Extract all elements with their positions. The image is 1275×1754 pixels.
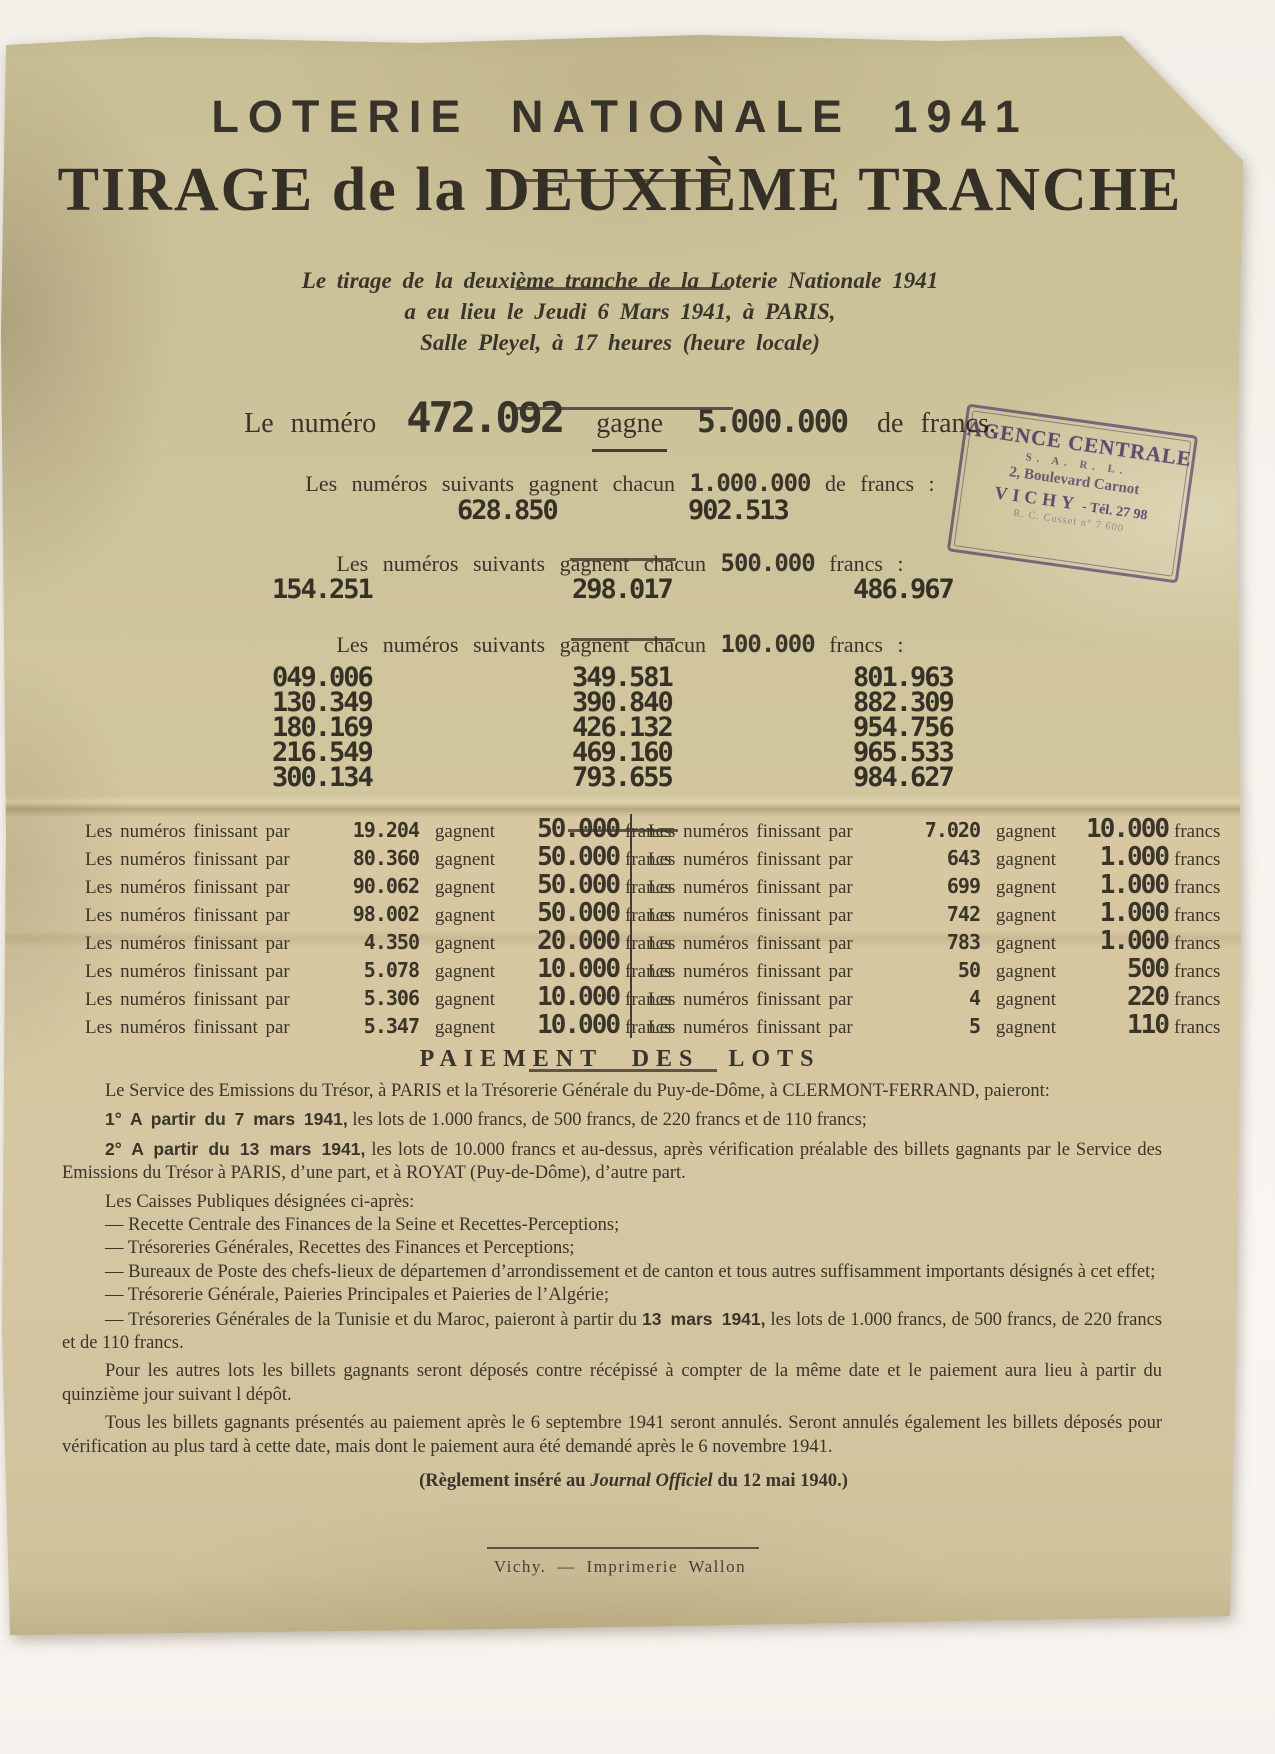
payment-date-bold: 1° A partir du 7 mars 1941,: [105, 1109, 348, 1129]
label-100k-amount: 100.000: [721, 630, 815, 658]
endings-row: Les numéros finissant par4gagnent220fran…: [648, 982, 1167, 1010]
payment-bullet: — Recette Centrale des Finances de la Se…: [62, 1214, 1162, 1237]
endings-verb: gagnent: [419, 821, 511, 843]
endings-unit: francs: [1168, 905, 1220, 927]
payment-date-bold: 13 mars 1941,: [642, 1309, 766, 1329]
lottery-year-heading: LOTERIE NATIONALE 1941: [0, 91, 1240, 143]
endings-prefix: Les numéros finissant par: [648, 1017, 880, 1039]
payment-paragraph: 2° A partir du 13 mars 1941, les lots de…: [62, 1138, 1162, 1186]
endings-prefix: Les numéros finissant par: [648, 849, 880, 871]
ending-amount: 20.000: [537, 926, 619, 956]
ending-amount: 500: [1127, 954, 1168, 984]
endings-verb: gagnent: [419, 1017, 511, 1039]
ending-digits: 50: [958, 958, 980, 982]
ending-digits: 4.350: [364, 930, 419, 954]
endings-row: Les numéros finissant par50gagnent500fra…: [648, 954, 1167, 982]
agency-rubber-stamp: AGENCE CENTRALE S. A. R. L. 2, Boulevard…: [947, 404, 1198, 584]
endings-verb: gagnent: [980, 905, 1072, 927]
payment-paragraph-rest: les lots de 1.000 francs, de 500 francs,…: [348, 1110, 867, 1130]
endings-row: Les numéros finissant par4.350gagnent20.…: [85, 926, 630, 954]
grand-prize-number: 472.092: [406, 393, 562, 442]
label-100k: Les numéros suivants gagnent chacun 100.…: [0, 630, 1240, 658]
endings-row: Les numéros finissant par5.078gagnent10.…: [85, 954, 630, 982]
endings-verb: gagnent: [419, 933, 511, 955]
paper-sheet: LOTERIE NATIONALE 1941 TIRAGE de la DEUX…: [0, 33, 1245, 1635]
winner-500k: 154.251: [272, 574, 372, 605]
endings-row: Les numéros finissant par80.360gagnent50…: [85, 842, 630, 870]
ending-amount: 1.000: [1100, 870, 1168, 900]
winner-1m: 628.850: [457, 495, 557, 526]
payment-paragraph: Le Service des Emissions du Trésor, à PA…: [62, 1080, 1162, 1103]
endings-prefix: Les numéros finissant par: [648, 989, 880, 1011]
rule-above-imprint: [487, 1547, 759, 1549]
endings-row: Les numéros finissant par19.204gagnent50…: [85, 814, 630, 842]
endings-row: Les numéros finissant par90.062gagnent50…: [85, 870, 630, 898]
scanned-lottery-notice: { "page": {"background": "#f7f4ef", "pap…: [0, 0, 1275, 1754]
ending-amount: 50.000: [537, 870, 619, 900]
ending-digits: 742: [947, 902, 980, 926]
payment-paragraph: Pour les autres lots les billets gagnant…: [62, 1360, 1162, 1407]
ending-amount: 10.000: [537, 982, 619, 1012]
grand-prize-prefix: Le numéro: [244, 408, 376, 440]
endings-prefix: Les numéros finissant par: [648, 961, 880, 983]
endings-table: Les numéros finissant par19.204gagnent50…: [85, 814, 1167, 1038]
endings-verb: gagnent: [980, 849, 1072, 871]
endings-verb: gagnent: [980, 877, 1072, 899]
label-1m-amount: 1.000.000: [689, 469, 810, 497]
endings-unit: francs: [1168, 989, 1220, 1011]
stamp-registry: R. C. Cusset n° 7 600: [955, 500, 1181, 542]
endings-left-column: Les numéros finissant par19.204gagnent50…: [85, 814, 630, 1038]
ending-amount: 10.000: [537, 954, 619, 984]
endings-prefix: Les numéros finissant par: [85, 989, 323, 1011]
regulation-pre: (Règlement inséré au: [419, 1471, 590, 1491]
endings-prefix: Les numéros finissant par: [648, 877, 880, 899]
endings-prefix: Les numéros finissant par: [85, 905, 323, 927]
winner-500k: 486.967: [853, 574, 953, 605]
endings-row: Les numéros finissant par98.002gagnent50…: [85, 898, 630, 926]
payment-paragraph: Tous les billets gagnants présentés au p…: [62, 1412, 1162, 1459]
endings-verb: gagnent: [419, 989, 511, 1011]
endings-right-column: Les numéros finissant par7.020gagnent10.…: [630, 814, 1167, 1038]
ending-amount: 1.000: [1100, 898, 1168, 928]
ending-digits: 98.002: [353, 902, 419, 926]
payment-bullet: — Trésorerie Générale, Paieries Principa…: [62, 1284, 1162, 1307]
ending-amount: 10.000: [1086, 814, 1168, 844]
label-100k-suffix: francs :: [829, 632, 903, 657]
endings-prefix: Les numéros finissant par: [648, 933, 880, 955]
endings-prefix: Les numéros finissant par: [85, 1017, 323, 1039]
endings-unit: francs: [1168, 933, 1220, 955]
label-500k-suffix: francs :: [829, 551, 903, 576]
label-1m-prefix: Les numéros suivants gagnent chacun: [305, 471, 675, 496]
ending-amount: 220: [1127, 982, 1168, 1012]
ending-amount: 50.000: [537, 814, 619, 844]
endings-prefix: Les numéros finissant par: [648, 821, 880, 843]
ending-amount: 1.000: [1100, 842, 1168, 872]
ending-digits: 7.020: [925, 818, 980, 842]
payment-date-bold: 2° A partir du 13 mars 1941,: [105, 1139, 365, 1159]
ending-digits: 5: [969, 1014, 980, 1038]
ending-amount: 10.000: [537, 1010, 619, 1040]
endings-verb: gagnent: [419, 961, 511, 983]
endings-prefix: Les numéros finissant par: [85, 849, 323, 871]
endings-verb: gagnent: [419, 849, 511, 871]
winner-100k: 300.134: [272, 762, 372, 793]
regulation-journal: Journal Officiel: [590, 1471, 712, 1491]
ending-digits: 80.360: [353, 846, 419, 870]
ending-amount: 50.000: [537, 842, 619, 872]
endings-row: Les numéros finissant par699gagnent1.000…: [648, 870, 1167, 898]
bullet-pre: — Trésoreries Générales de la Tunisie et…: [105, 1310, 642, 1330]
label-500k-prefix: Les numéros suivants gagnent chacun: [336, 551, 706, 576]
winner-100k: 793.655: [572, 762, 672, 793]
endings-prefix: Les numéros finissant par: [648, 905, 880, 927]
intro-line-2: a eu lieu le Jeudi 6 Mars 1941, à PARIS,: [0, 296, 1240, 327]
winner-1m: 902.513: [688, 495, 788, 526]
regulation-note: (Règlement inséré au Journal Officiel du…: [62, 1470, 1162, 1493]
endings-row: Les numéros finissant par5gagnent110fran…: [648, 1010, 1167, 1038]
ending-digits: 19.204: [353, 818, 419, 842]
endings-row: Les numéros finissant par5.347gagnent10.…: [85, 1010, 630, 1038]
label-500k-amount: 500.000: [721, 549, 815, 577]
intro-line-3: Salle Pleyel, à 17 heures (heure locale): [0, 327, 1240, 358]
draw-intro: Le tirage de la deuxième tranche de la L…: [0, 265, 1240, 358]
endings-prefix: Les numéros finissant par: [85, 933, 323, 955]
intro-line-1: Le tirage de la deuxième tranche de la L…: [0, 265, 1240, 296]
endings-prefix: Les numéros finissant par: [85, 877, 323, 899]
ending-amount: 50.000: [537, 898, 619, 928]
endings-row: Les numéros finissant par5.306gagnent10.…: [85, 982, 630, 1010]
endings-prefix: Les numéros finissant par: [85, 821, 323, 843]
winner-500k: 298.017: [572, 574, 672, 605]
label-100k-prefix: Les numéros suivants gagnent chacun: [336, 632, 706, 657]
payment-paragraph: 1° A partir du 7 mars 1941, les lots de …: [62, 1108, 1162, 1132]
endings-verb: gagnent: [980, 961, 1072, 983]
printer-imprint: Vichy. — Imprimerie Wallon: [0, 1557, 1240, 1577]
endings-verb: gagnent: [419, 905, 511, 927]
ending-digits: 5.078: [364, 958, 419, 982]
endings-unit: francs: [1168, 821, 1220, 843]
payment-bullet: — Bureaux de Poste des chefs-lieux de dé…: [62, 1261, 1162, 1284]
endings-unit: francs: [1168, 877, 1220, 899]
endings-verb: gagnent: [980, 821, 1072, 843]
endings-row: Les numéros finissant par783gagnent1.000…: [648, 926, 1167, 954]
endings-prefix: Les numéros finissant par: [85, 961, 323, 983]
payment-bullet: — Trésoreries Générales, Recettes des Fi…: [62, 1237, 1162, 1260]
endings-row: Les numéros finissant par643gagnent1.000…: [648, 842, 1167, 870]
endings-verb: gagnent: [980, 933, 1072, 955]
ending-digits: 5.306: [364, 986, 419, 1010]
paper-sheet-wrap: LOTERIE NATIONALE 1941 TIRAGE de la DEUX…: [0, 0, 1275, 1700]
endings-row: Les numéros finissant par742gagnent1.000…: [648, 898, 1167, 926]
endings-unit: francs: [1168, 849, 1220, 871]
endings-unit: francs: [1168, 1017, 1220, 1039]
payment-heading: PAIEMENT DES LOTS: [0, 1046, 1240, 1073]
ending-amount: 110: [1127, 1010, 1168, 1040]
ending-digits: 4: [969, 986, 980, 1010]
grand-prize-amount: 5.000.000: [697, 404, 847, 440]
endings-unit: francs: [1168, 961, 1220, 983]
endings-verb: gagnent: [980, 989, 1072, 1011]
regulation-post: du 12 mai 1940.): [713, 1471, 848, 1491]
label-1m-suffix: de francs :: [825, 471, 935, 496]
payment-body: Le Service des Emissions du Trésor, à PA…: [62, 1080, 1162, 1494]
endings-verb: gagnent: [419, 877, 511, 899]
ending-digits: 5.347: [364, 1014, 419, 1038]
draw-title: TIRAGE de la DEUXIÈME TRANCHE: [0, 155, 1240, 226]
ending-digits: 699: [947, 874, 980, 898]
winner-100k: 984.627: [853, 762, 953, 793]
endings-row: Les numéros finissant par7.020gagnent10.…: [648, 814, 1167, 842]
ending-amount: 1.000: [1100, 926, 1168, 956]
ending-digits: 643: [947, 846, 980, 870]
ending-digits: 90.062: [353, 874, 419, 898]
endings-verb: gagnent: [980, 1017, 1072, 1039]
payment-paragraph: Les Caisses Publiques désignées ci-après…: [62, 1191, 1162, 1214]
ending-digits: 783: [947, 930, 980, 954]
payment-bullet: — Trésoreries Générales de la Tunisie et…: [62, 1308, 1162, 1356]
grand-prize-verb: gagne: [592, 408, 667, 452]
